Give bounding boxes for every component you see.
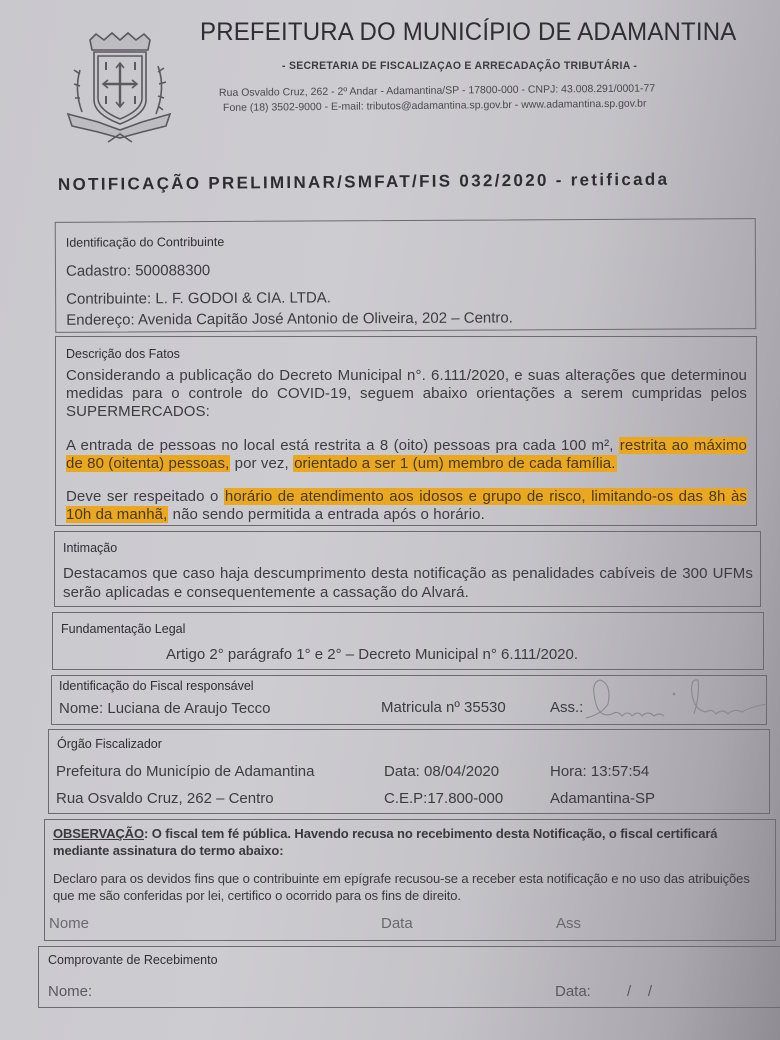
handwritten-signature-icon — [582, 674, 772, 724]
taxpayer-address: Endereço: Avenida Capitão José Antonio d… — [66, 309, 513, 328]
legal-basis-section: Fundamentação Legal Artigo 2° parágrafo … — [52, 612, 764, 670]
header-address: Rua Osvaldo Cruz, 262 - 2º Andar - Adama… — [219, 82, 655, 99]
section-label: Intimação — [63, 541, 117, 555]
notification-document: PREFEITURA DO MUNICÍPIO DE ADAMANTINA - … — [0, 0, 780, 1040]
receipt-date-value: / / — [627, 983, 652, 1000]
observation-signature-label: Ass — [556, 915, 581, 932]
summons-section: Intimação Destacamos que caso haja descu… — [54, 531, 761, 607]
refusal-declaration: Declaro para os devidos fins que o contr… — [53, 870, 769, 904]
summons-text: Destacamos que caso haja descumprimento … — [63, 564, 753, 602]
taxpayer-section: Identificação do Contribuinte Cadastro: … — [55, 218, 757, 333]
agency-name: Prefeitura do Município de Adamantina — [56, 763, 315, 780]
inspector-registration: Matricula nº 35530 — [381, 699, 506, 716]
facts-hours-paragraph: Deve ser respeitado o horário de atendim… — [66, 488, 747, 524]
section-label: Fundamentação Legal — [61, 622, 185, 636]
observation-text: OBSERVAÇÃO: O fiscal tem fé pública. Hav… — [53, 825, 769, 859]
agency-city: Adamantina-SP — [550, 790, 655, 807]
facts-section: Descrição dos Fatos Considerando a publi… — [55, 336, 757, 526]
facts-intro: Considerando a publicação do Decreto Mun… — [66, 367, 747, 421]
receipt-section: Comprovante de Recebimento Nome: Data: /… — [38, 946, 780, 1008]
agency-cep: C.E.P:17.800-000 — [384, 790, 503, 807]
document-title: NOTIFICAÇÃO PRELIMINAR/SMFAT/FIS 032/202… — [58, 170, 669, 195]
header-contact: Fone (18) 3502-9000 - E-mail: tributos@a… — [223, 98, 647, 114]
observation-section: OBSERVAÇÃO: O fiscal tem fé pública. Hav… — [44, 819, 776, 941]
observation-title: OBSERVAÇÃO — [53, 826, 144, 841]
observation-name-label: Nome — [49, 915, 89, 932]
inspector-name: Nome: Luciana de Araujo Tecco — [59, 700, 271, 717]
receipt-date-label: Data: — [555, 983, 591, 1000]
municipality-title: PREFEITURA DO MUNICÍPIO DE ADAMANTINA — [200, 18, 737, 47]
notification-time: Hora: 13:57:54 — [550, 763, 649, 780]
receipt-name-label: Nome: — [48, 983, 92, 1000]
facts-occupancy-paragraph: A entrada de pessoas no local está restr… — [66, 437, 747, 473]
legal-basis-text: Artigo 2° parágrafo 1° e 2° – Decreto Mu… — [166, 646, 578, 663]
section-label: Descrição dos Fatos — [66, 347, 180, 361]
highlighted-text: orientado a ser 1 (um) membro de cada fa… — [293, 455, 616, 472]
taxpayer-name: Contribuinte: L. F. GODOI & CIA. LTDA. — [66, 289, 331, 307]
agency-street: Rua Osvaldo Cruz, 262 – Centro — [56, 790, 274, 807]
section-label: Identificação do Fiscal responsável — [59, 679, 254, 693]
cadastro-value: Cadastro: 500088300 — [66, 262, 210, 280]
agency-section: Órgão Fiscalizador Prefeitura do Municíp… — [48, 729, 770, 814]
observation-date-label: Data — [381, 915, 413, 932]
notification-date: Data: 08/04/2020 — [384, 763, 499, 780]
department-subtitle: - SECRETARIA DE FISCALIZAÇAO E ARRECADAÇ… — [282, 60, 637, 72]
signature-label: Ass.: — [550, 699, 583, 716]
section-label: Comprovante de Recebimento — [48, 953, 218, 967]
section-label: Órgão Fiscalizador — [57, 737, 162, 751]
section-label: Identificação do Contribuinte — [66, 235, 225, 250]
municipal-coat-of-arms-icon — [58, 30, 180, 145]
